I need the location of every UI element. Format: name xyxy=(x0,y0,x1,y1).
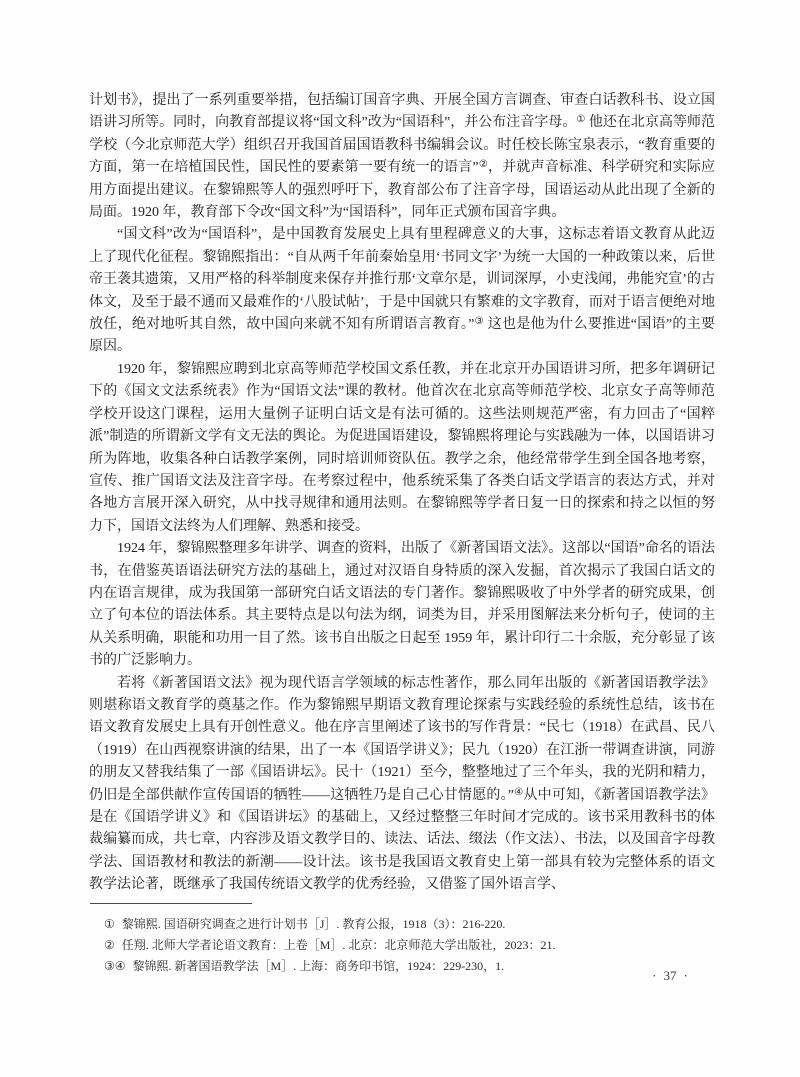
footnote-item: ①黎锦熙. 国语研究调查之进行计划书［J］. 教育公报，1918（3）：216-… xyxy=(104,914,716,935)
page-number: ·37· xyxy=(628,968,712,984)
body-paragraph: 若将《新著国语文法》视为现代语言学领域的标志性著作，那么同年出版的《新著国语教学… xyxy=(89,673,715,897)
body-paragraph: 1924 年，黎锦熙整理多年讲学、调查的资料，出版了《新著国语文法》。这部以“国… xyxy=(89,538,715,672)
footnote-ref: ② xyxy=(479,159,488,170)
body-paragraph: “国文科”改为“国语科”，是中国教育发展史上具有里程碑意义的大事，这标志着语文教… xyxy=(89,224,715,358)
footnote-marker: ② xyxy=(104,938,115,952)
footnote-text: 任翔. 北师大学者论语文教育：上卷［M］. 北京：北京师范大学出版社，2023：… xyxy=(122,938,556,952)
page-number-right-dot: · xyxy=(677,968,695,983)
body-paragraph: 1920 年，黎锦熙应聘到北京高等师范学校国文系任教，并在北京开办国语讲习所，把… xyxy=(89,359,715,538)
footnote-ref: ④ xyxy=(514,787,523,798)
footnote-ref: ③ xyxy=(474,316,484,327)
page-number-value: 37 xyxy=(664,968,677,983)
page-number-left-dot: · xyxy=(645,968,663,983)
body-paragraph: 计划书》，提出了一系列重要举措，包括编订国音字典、开展全国方言调查、审查白话教科… xyxy=(89,90,715,224)
footnotes: ①黎锦熙. 国语研究调查之进行计划书［J］. 教育公报，1918（3）：216-… xyxy=(104,914,716,977)
footnote-text: 黎锦熙. 国语研究调查之进行计划书［J］. 教育公报，1918（3）：216-2… xyxy=(122,917,506,931)
footnote-item: ③④黎锦熙. 新著国语教学法［M］. 上海：商务印书馆，1924：229-230… xyxy=(104,956,716,977)
footnote-marker: ① xyxy=(104,917,115,931)
footnote-item: ②任翔. 北师大学者论语文教育：上卷［M］. 北京：北京师范大学出版社，2023… xyxy=(104,935,716,956)
document-page: 计划书》，提出了一系列重要举措，包括编订国音字典、开展全国方言调查、审查白话教科… xyxy=(0,0,800,1077)
footnote-marker: ③④ xyxy=(104,959,126,973)
footnote-divider xyxy=(90,903,252,904)
footnote-text: 黎锦熙. 新著国语教学法［M］. 上海：商务印书馆，1924：229-230，1… xyxy=(133,959,505,973)
footnote-ref: ① xyxy=(576,114,585,125)
body-text: 计划书》，提出了一系列重要举措，包括编订国音字典、开展全国方言调查、审查白话教科… xyxy=(89,90,715,897)
